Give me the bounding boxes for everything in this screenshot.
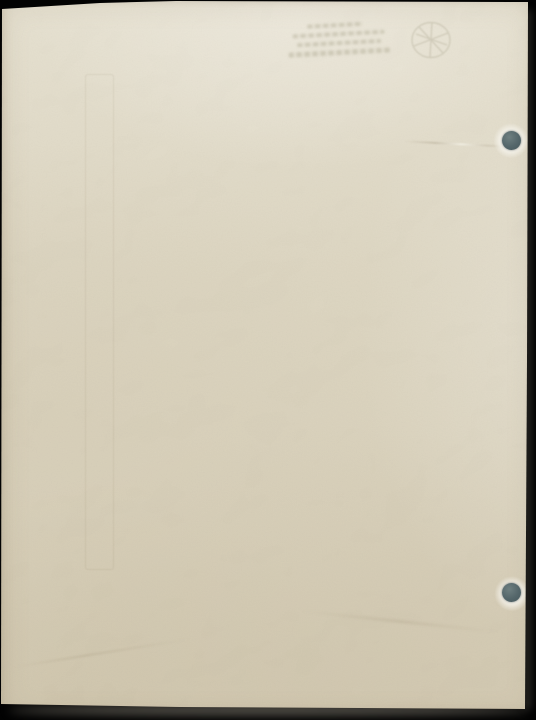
stamp-text-line <box>297 39 381 47</box>
stamp-text-line <box>288 47 390 57</box>
faded-stamp <box>287 18 393 65</box>
hole-punch-top <box>493 122 529 158</box>
paper-surface <box>0 0 536 720</box>
hole-punch-top-opening <box>502 131 521 150</box>
paper-sheet <box>0 0 536 720</box>
faded-seal-icon <box>408 18 454 64</box>
stamp-text-line <box>307 22 363 29</box>
hole-punch-bottom <box>494 575 530 611</box>
impression-mark <box>85 74 114 570</box>
scanner-background <box>0 0 536 720</box>
stamp-text-line <box>293 30 385 39</box>
hole-punch-bottom-opening <box>502 583 521 602</box>
